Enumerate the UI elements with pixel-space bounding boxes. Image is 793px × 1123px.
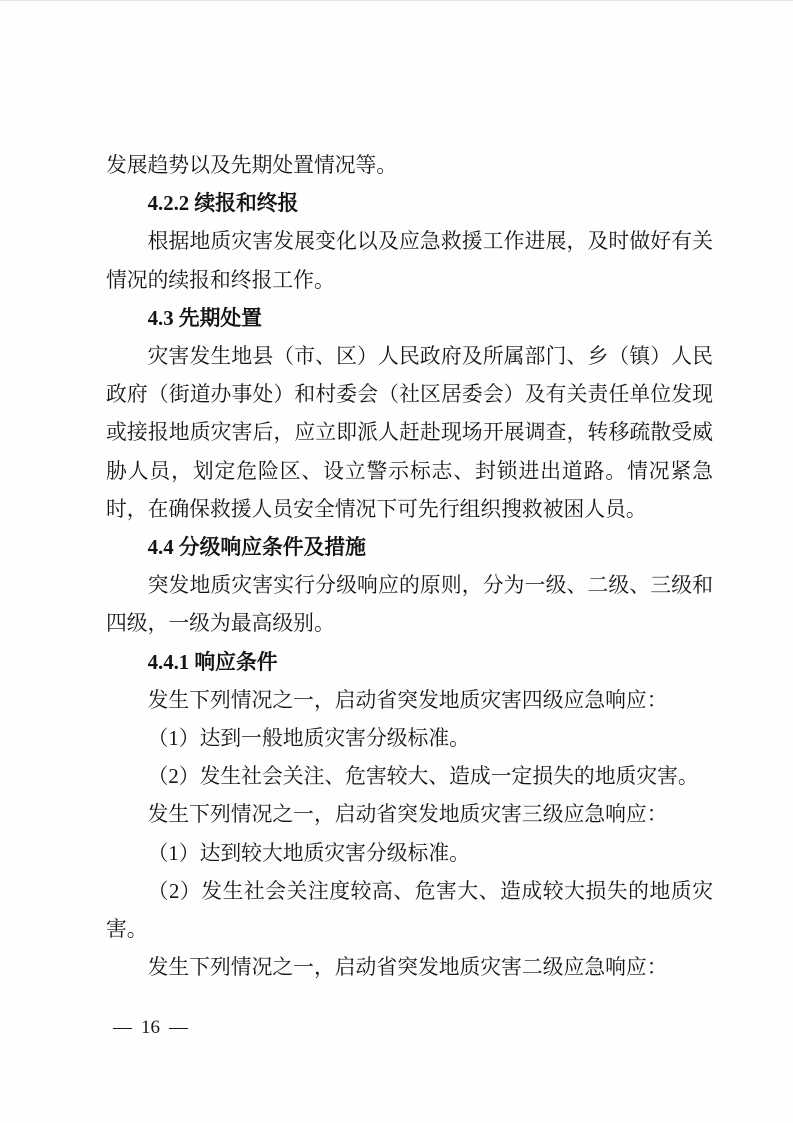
list-item-2: （2）发生社会关注、危害较大、造成一定损失的地质灾害。 [106, 758, 713, 796]
list-item-1: （1）达到较大地质灾害分级标准。 [106, 835, 713, 873]
paragraph: 灾害发生地县（市、区）人民政府及所属部门、乡（镇）人民政府（街道办事处）和村委会… [106, 338, 713, 529]
document-body: 发展趋势以及先期处置情况等。 4.2.2 续报和终报 根据地质灾害发展变化以及应… [106, 147, 713, 987]
paragraph-continuation: 发展趋势以及先期处置情况等。 [106, 147, 713, 185]
section-heading-4-4-1: 4.4.1 响应条件 [106, 644, 713, 682]
page-number: 16 [141, 1017, 160, 1039]
paragraph: 发生下列情况之一，启动省突发地质灾害四级应急响应： [106, 682, 713, 720]
section-heading-4-3: 4.3 先期处置 [106, 300, 713, 338]
footer-dash-right: — [169, 1017, 188, 1039]
page-footer: — 16 — [113, 1013, 188, 1043]
paragraph: 发生下列情况之一，启动省突发地质灾害三级应急响应： [106, 796, 713, 834]
paragraph: 突发地质灾害实行分级响应的原则，分为一级、二级、三级和四级，一级为最高级别。 [106, 567, 713, 643]
section-heading-4-4: 4.4 分级响应条件及措施 [106, 529, 713, 567]
section-heading-4-2-2: 4.2.2 续报和终报 [106, 185, 713, 223]
footer-dash-left: — [113, 1017, 132, 1039]
paragraph: 根据地质灾害发展变化以及应急救援工作进展，及时做好有关情况的续报和终报工作。 [106, 223, 713, 299]
paragraph: 发生下列情况之一，启动省突发地质灾害二级应急响应： [106, 949, 713, 987]
list-item-2: （2）发生社会关注度较高、危害大、造成较大损失的地质灾害。 [106, 873, 713, 949]
list-item-1: （1）达到一般地质灾害分级标准。 [106, 720, 713, 758]
document-page: 发展趋势以及先期处置情况等。 4.2.2 续报和终报 根据地质灾害发展变化以及应… [0, 0, 793, 1123]
